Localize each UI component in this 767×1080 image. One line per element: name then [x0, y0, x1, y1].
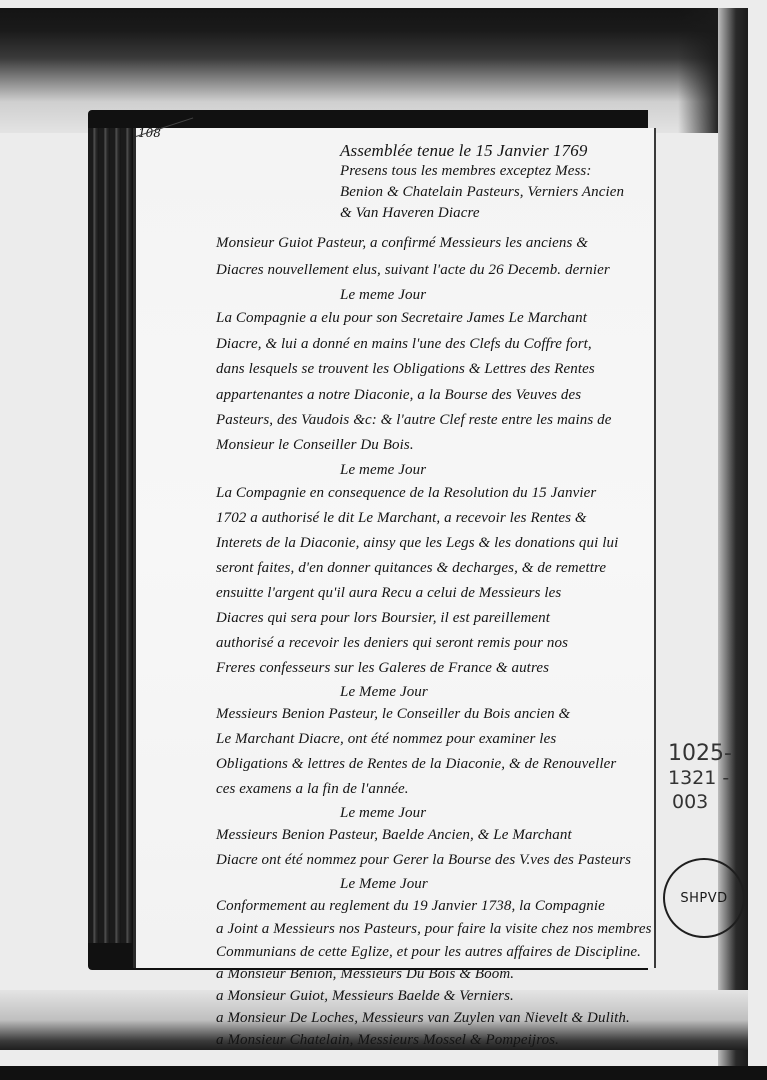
entry-line: seront faites, d'en donner quitances & d… [216, 560, 606, 577]
entry-line: appartenantes a notre Diaconie, a la Bou… [216, 387, 581, 404]
absentees-line: & Van Haveren Diacre [340, 203, 624, 224]
meeting-heading: Assemblée tenue le 15 Janvier 1769 Prese… [340, 140, 624, 224]
entry-line: 1702 a authorisé le dit Le Marchant, a r… [216, 510, 587, 527]
entry-line: Interets de la Diaconie, ainsy que les L… [216, 535, 618, 552]
assignment-line: a Monsieur De Loches, Messieurs van Zuyl… [216, 1010, 630, 1027]
entry-line: Communians de cette Eglize, et pour les … [216, 944, 641, 961]
entry-line: Obligations & lettres de Rentes de la Di… [216, 756, 616, 773]
entry-line: a Joint a Messieurs nos Pasteurs, pour f… [216, 921, 652, 938]
assignment-line: a Monsieur Chatelain, Messieurs Mossel &… [216, 1032, 559, 1049]
assignment-line: a Monsieur Benion, Messieurs Du Bois & B… [216, 966, 514, 983]
attendance-line: Presens tous les membres exceptez Mess: [340, 161, 624, 182]
entry-line: ensuitte l'argent qu'il aura Recu a celu… [216, 585, 561, 602]
entry-line: ces examens a la fin de l'année. [216, 781, 409, 798]
section-heading: Le meme Jour [340, 805, 426, 822]
entry-line: Diacres qui sera pour lors Boursier, il … [216, 610, 550, 627]
page-edge [654, 128, 656, 968]
section-heading: Le Meme Jour [340, 876, 428, 893]
entry-line: Diacre, & lui a donné en mains l'une des… [216, 336, 592, 353]
archive-ref-line: 003 [668, 790, 732, 814]
section-heading: Le meme Jour [340, 287, 426, 304]
entry-line: Freres confesseurs sur les Galeres de Fr… [216, 660, 549, 677]
section-heading: Le Meme Jour [340, 684, 428, 701]
archive-stamp: SHPVD [663, 858, 745, 938]
scan-edge-bottom [0, 1066, 767, 1080]
entry-line: Diacres nouvellement elus, suivant l'act… [216, 262, 610, 279]
entry-line: authorisé a recevoir les deniers qui ser… [216, 635, 568, 652]
absentees-line: Benion & Chatelain Pasteurs, Verniers An… [340, 182, 624, 203]
entry-line: Diacre ont été nommez pour Gerer la Bour… [216, 852, 631, 869]
section-heading: Le meme Jour [340, 462, 426, 479]
entry-line: Messieurs Benion Pasteur, Baelde Ancien,… [216, 827, 572, 844]
entry-line: Le Marchant Diacre, ont été nommez pour … [216, 731, 556, 748]
entry-line: dans lesquels se trouvent les Obligation… [216, 361, 595, 378]
entry-line: La Compagnie en consequence de la Resolu… [216, 485, 596, 502]
entry-line: Conformement au reglement du 19 Janvier … [216, 898, 605, 915]
entry-line: La Compagnie a elu pour son Secretaire J… [216, 310, 587, 327]
entry-line: Messieurs Benion Pasteur, le Conseiller … [216, 706, 570, 723]
entry-line: Monsieur Guiot Pasteur, a confirmé Messi… [216, 235, 588, 252]
stamp-label: SHPVD [680, 891, 727, 906]
assignment-line: a Monsieur Guiot, Messieurs Baelde & Ver… [216, 988, 514, 1005]
meeting-title: Assemblée tenue le 15 Janvier 1769 [340, 140, 624, 161]
entry-line: Pasteurs, des Vaudois &c: & l'autre Clef… [216, 412, 612, 429]
archive-ref-line: 1025- [668, 742, 732, 766]
book-spine [88, 128, 132, 943]
entry-line: Monsieur le Conseiller Du Bois. [216, 437, 414, 454]
archive-reference: 1025- 1321 - 003 [668, 742, 732, 814]
archive-ref-line: 1321 - [668, 766, 732, 790]
